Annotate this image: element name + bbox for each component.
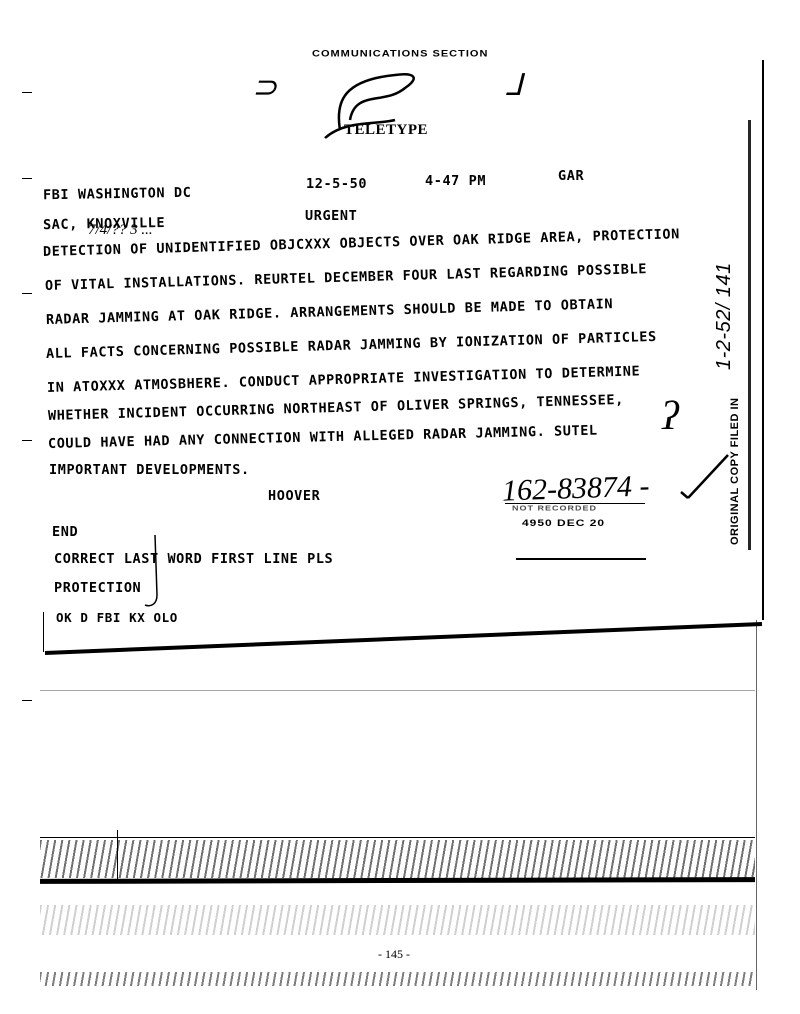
scan-noise-band-faint [40,905,755,935]
lower-band-bottom-rule [40,877,755,884]
message-time: 4-47 PM [425,173,486,189]
communications-section-stamp: COMMUNICATIONS SECTION [312,49,488,59]
handwritten-circle-mark: ⊃ [252,70,277,105]
body-line-5: IN ATOXXX ATMOSBHERE. CONDUCT APPROPRIAT… [47,363,641,396]
vertical-stamp-bar [748,120,751,550]
body-line-6: WHETHER INCIDENT OCCURRING NORTHEAST OF … [48,392,624,424]
correction-request: CORRECT LAST WORD FIRST LINE PLS [54,551,333,567]
scan-noise-band [40,840,755,878]
recorded-date-stamp: 4950 DEC 20 [522,517,605,528]
form-type-label: TELETYPE [344,122,428,139]
precedence: URGENT [305,208,357,224]
handwritten-bracket [140,535,170,615]
handwritten-diagonal-check [676,450,736,510]
body-line-4: ALL FACTS CONCERNING POSSIBLE RADAR JAMM… [46,329,657,362]
left-tick-2 [22,178,32,179]
left-tick-1 [22,92,32,93]
left-tick-3 [22,293,32,294]
dotted-scan-line [40,690,755,691]
document-bottom-rule [40,620,770,660]
operator-initials: GAR [558,168,584,184]
stamp-underline [516,558,646,560]
right-border-line-lower [756,620,757,990]
left-tick-5 [22,700,32,701]
lower-band-top-rule [40,837,755,838]
handwritten-mark-right: ⅃ [506,68,523,103]
body-line-2: OF VITAL INSTALLATIONS. REURTEL DECEMBER… [45,261,647,294]
body-line-3: RADAR JAMMING AT OAK RIDGE. ARRANGEMENTS… [46,296,614,328]
handwritten-check-mark: ʔ [662,392,678,439]
correction-word: PROTECTION [54,580,141,596]
page-number: - 145 - [378,947,410,962]
body-line-8: IMPORTANT DEVELOPMENTS. [49,462,250,478]
band-vertical-tick [117,830,118,880]
right-border-line [762,60,764,620]
left-tick-4 [22,440,32,441]
not-recorded-stamp: NOT RECORDED [512,504,597,512]
message-date: 12-5-50 [306,176,367,192]
vertical-handwritten-file-ref: 1-2-52/ 141 [713,262,736,370]
signature: HOOVER [268,488,320,504]
from-office: FBI WASHINGTON DC [43,185,192,204]
scan-noise-band-bottom [40,972,755,986]
handwritten-routing-note: 7/4/?? 3 ... [88,222,153,239]
end-marker: END [52,524,78,540]
body-line-7: COULD HAVE HAD ANY CONNECTION WITH ALLEG… [48,423,598,452]
original-copy-filed-stamp: ORIGINAL COPY FILED IN [729,398,741,546]
